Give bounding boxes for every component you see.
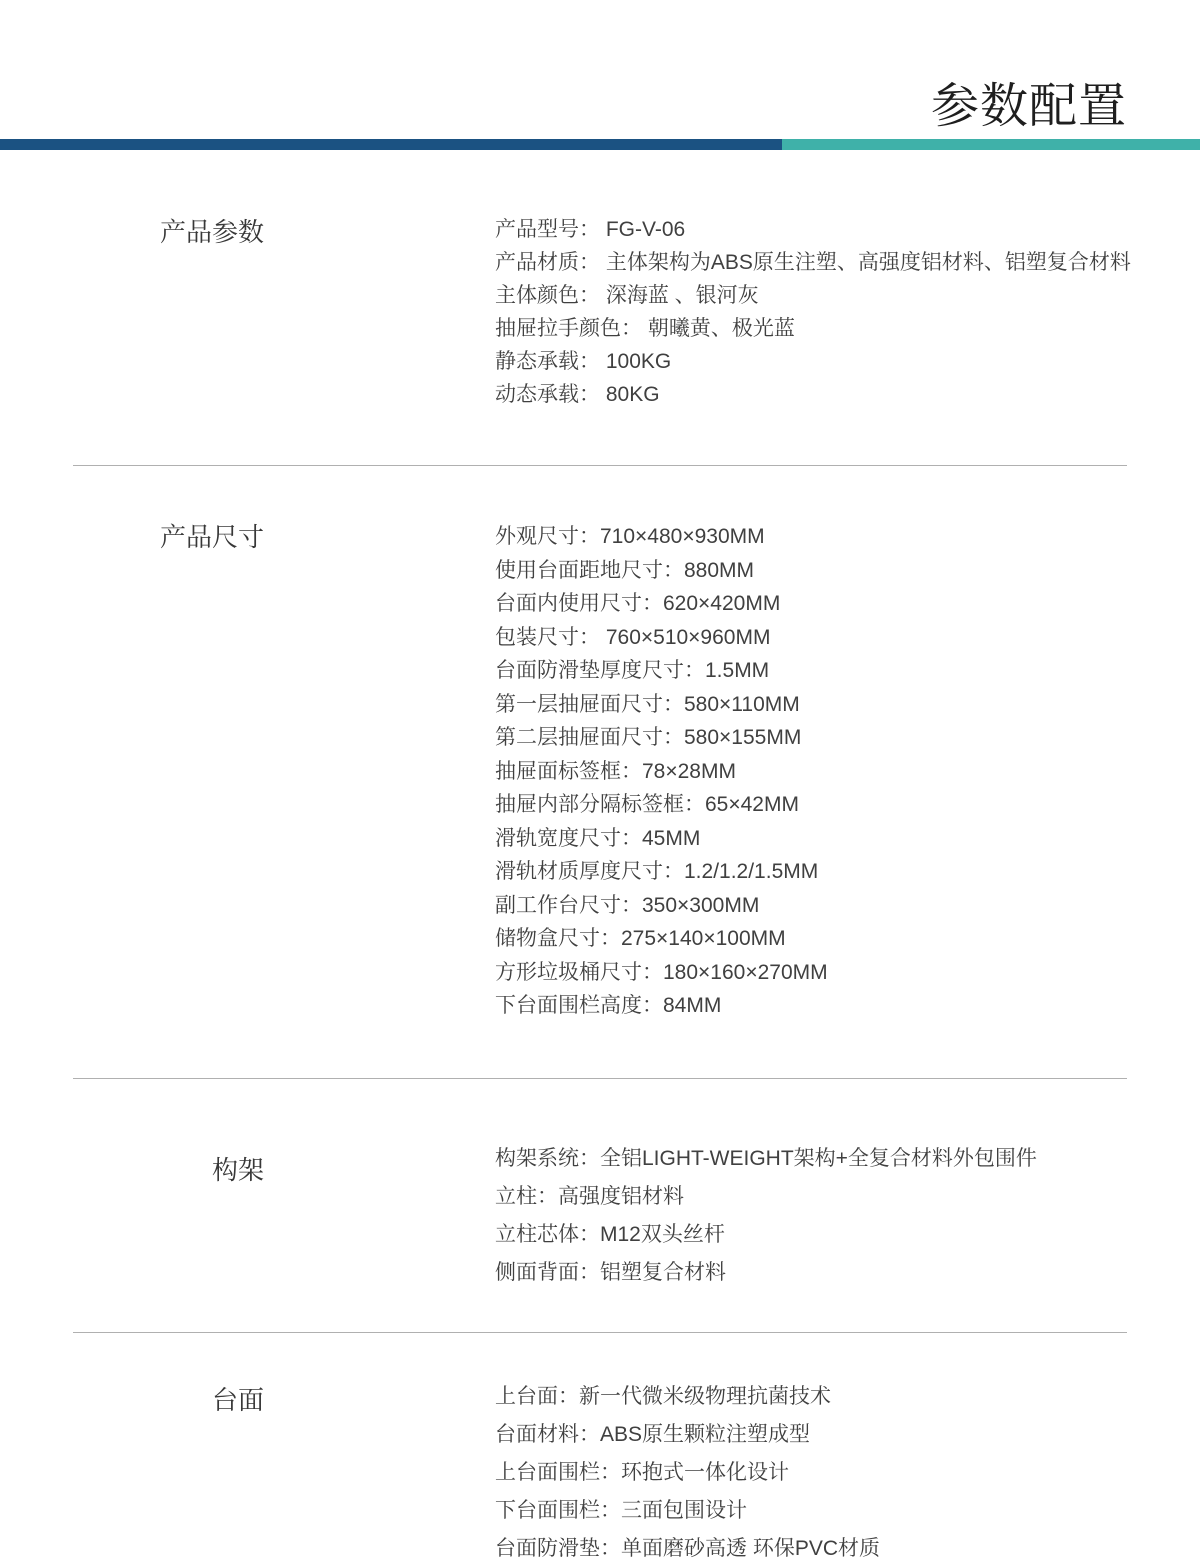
spec-row: 外观尺寸：710×480×930MM	[495, 520, 1127, 554]
spec-row: 储物盒尺寸：275×140×100MM	[495, 922, 1127, 956]
spec-row: 上台面：新一代微米级物理抗菌技术	[495, 1378, 1127, 1416]
spec-row: 构架系统：全铝LIGHT-WEIGHT架构+全复合材料外包围件	[495, 1140, 1127, 1178]
header-accent-bar	[0, 139, 1200, 150]
spec-row: 产品材质： 主体架构为ABS原生注塑、高强度铝材料、铝塑复合材料	[495, 246, 1127, 279]
section-label: 产品参数	[73, 215, 264, 249]
spec-row: 主体颜色： 深海蓝 、银河灰	[495, 279, 1127, 312]
section-product-dimensions: 产品尺寸 外观尺寸：710×480×930MM 使用台面距地尺寸：880MM 台…	[73, 520, 1127, 1023]
page-title: 参数配置	[931, 82, 1127, 132]
section-frame: 构架 构架系统：全铝LIGHT-WEIGHT架构+全复合材料外包围件 立柱：高强…	[73, 1140, 1127, 1292]
spec-row: 动态承载： 80KG	[495, 378, 1127, 411]
spec-row: 侧面背面：铝塑复合材料	[495, 1254, 1127, 1292]
section-divider	[73, 1078, 1127, 1079]
spec-row: 副工作台尺寸：350×300MM	[495, 889, 1127, 923]
spec-row: 立柱芯体：M12双头丝杆	[495, 1216, 1127, 1254]
section-product-parameters: 产品参数 产品型号： FG-V-06 产品材质： 主体架构为ABS原生注塑、高强…	[73, 213, 1127, 411]
section-divider	[73, 465, 1127, 466]
spec-row: 台面内使用尺寸：620×420MM	[495, 587, 1127, 621]
section-rows: 构架系统：全铝LIGHT-WEIGHT架构+全复合材料外包围件 立柱：高强度铝材…	[495, 1140, 1127, 1292]
spec-row: 静态承载： 100KG	[495, 345, 1127, 378]
spec-row: 方形垃圾桶尺寸：180×160×270MM	[495, 956, 1127, 990]
spec-row: 立柱：高强度铝材料	[495, 1178, 1127, 1216]
spec-row: 滑轨材质厚度尺寸：1.2/1.2/1.5MM	[495, 855, 1127, 889]
spec-row: 滑轨宽度尺寸：45MM	[495, 822, 1127, 856]
accent-bar-blue-segment	[0, 139, 782, 150]
spec-row: 台面材料：ABS原生颗粒注塑成型	[495, 1416, 1127, 1454]
section-tabletop: 台面 上台面：新一代微米级物理抗菌技术 台面材料：ABS原生颗粒注塑成型 上台面…	[73, 1378, 1127, 1566]
spec-row: 台面防滑垫：单面磨砂高透 环保PVC材质	[495, 1530, 1127, 1566]
spec-row: 抽屉面标签框：78×28MM	[495, 755, 1127, 789]
spec-row: 下台面围栏高度：84MM	[495, 989, 1127, 1023]
section-divider	[73, 1332, 1127, 1333]
section-label: 台面	[73, 1383, 264, 1417]
spec-row: 抽屉内部分隔标签框：65×42MM	[495, 788, 1127, 822]
section-rows: 外观尺寸：710×480×930MM 使用台面距地尺寸：880MM 台面内使用尺…	[495, 520, 1127, 1023]
spec-row: 第一层抽屉面尺寸：580×110MM	[495, 688, 1127, 722]
spec-page: 参数配置 产品参数 产品型号： FG-V-06 产品材质： 主体架构为ABS原生…	[0, 0, 1200, 1566]
spec-row: 台面防滑垫厚度尺寸：1.5MM	[495, 654, 1127, 688]
spec-row: 产品型号： FG-V-06	[495, 213, 1127, 246]
spec-row: 第二层抽屉面尺寸：580×155MM	[495, 721, 1127, 755]
section-label: 产品尺寸	[73, 520, 264, 554]
section-label: 构架	[73, 1153, 264, 1187]
accent-bar-teal-segment	[782, 139, 1200, 150]
section-rows: 产品型号： FG-V-06 产品材质： 主体架构为ABS原生注塑、高强度铝材料、…	[495, 213, 1127, 411]
spec-row: 包装尺寸： 760×510×960MM	[495, 621, 1127, 655]
spec-row: 使用台面距地尺寸：880MM	[495, 554, 1127, 588]
spec-row: 抽屉拉手颜色： 朝曦黄、极光蓝	[495, 312, 1127, 345]
spec-row: 上台面围栏：环抱式一体化设计	[495, 1454, 1127, 1492]
spec-row: 下台面围栏：三面包围设计	[495, 1492, 1127, 1530]
section-rows: 上台面：新一代微米级物理抗菌技术 台面材料：ABS原生颗粒注塑成型 上台面围栏：…	[495, 1378, 1127, 1566]
